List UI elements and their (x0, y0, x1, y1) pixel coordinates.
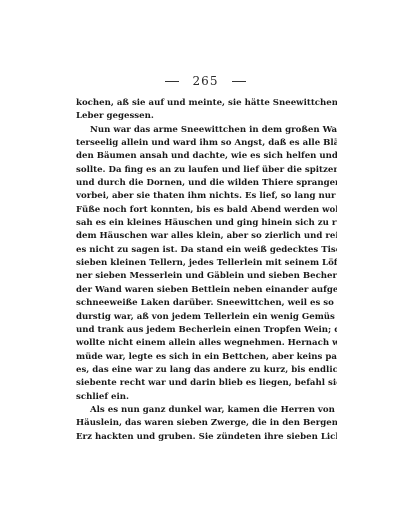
text-line: wollte nicht einem allein alles wegnehme… (76, 337, 337, 350)
body-text: kochen, aß sie auf und meinte, sie hätte… (76, 97, 337, 444)
text-line: ner sieben Messerlein und Gäblein und si… (76, 270, 337, 283)
text-line: Häuslein, das waren sieben Zwerge, die i… (76, 417, 337, 430)
text-line: der Wand waren sieben Bettlein neben ein… (76, 284, 337, 297)
text-line: müde war, legte es sich in ein Bettchen,… (76, 351, 337, 364)
text-line: vorbei, aber sie thaten ihm nichts. Es l… (76, 190, 337, 203)
text-line: terseelig allein und ward ihm so Angst, … (76, 137, 337, 150)
text-line: es nicht zu sagen ist. Da stand ein weiß… (76, 244, 337, 257)
text-line: schlief ein. (76, 391, 337, 404)
left-dash (165, 81, 179, 82)
page-number: 265 (193, 74, 219, 88)
text-line: den Bäumen ansah und dachte, wie es sich… (76, 150, 337, 163)
text-line: sah es ein kleines Häuschen und ging hin… (76, 217, 337, 230)
text-line: Als es nun ganz dunkel war, kamen die He… (76, 404, 337, 417)
text-line: siebente recht war und darin blieb es li… (76, 377, 337, 390)
right-dash (232, 81, 246, 82)
text-line: sieben kleinen Tellern, jedes Tellerlein… (76, 257, 337, 270)
text-line: Nun war das arme Sneewittchen in dem gro… (76, 124, 337, 137)
text-line: es, das eine war zu lang das andere zu k… (76, 364, 337, 377)
text-line: durstig war, aß von jedem Tellerlein ein… (76, 311, 337, 324)
text-line: Füße noch fort konnten, bis es bald Aben… (76, 204, 337, 217)
text-line: schneeweiße Laken darüber. Sneewittchen,… (76, 297, 337, 310)
text-line: kochen, aß sie auf und meinte, sie hätte… (76, 97, 337, 110)
page-header: 265 (0, 74, 411, 88)
text-line: Leber gegessen. (76, 110, 337, 123)
text-line: dem Häuschen war alles klein, aber so zi… (76, 230, 337, 243)
text-line: und durch die Dornen, und die wilden Thi… (76, 177, 337, 190)
text-line: und trank aus jedem Becherlein einen Tro… (76, 324, 337, 337)
text-line: Erz hackten und gruben. Sie zündeten ihr… (76, 431, 337, 444)
text-line: sollte. Da fing es an zu laufen und lief… (76, 164, 337, 177)
